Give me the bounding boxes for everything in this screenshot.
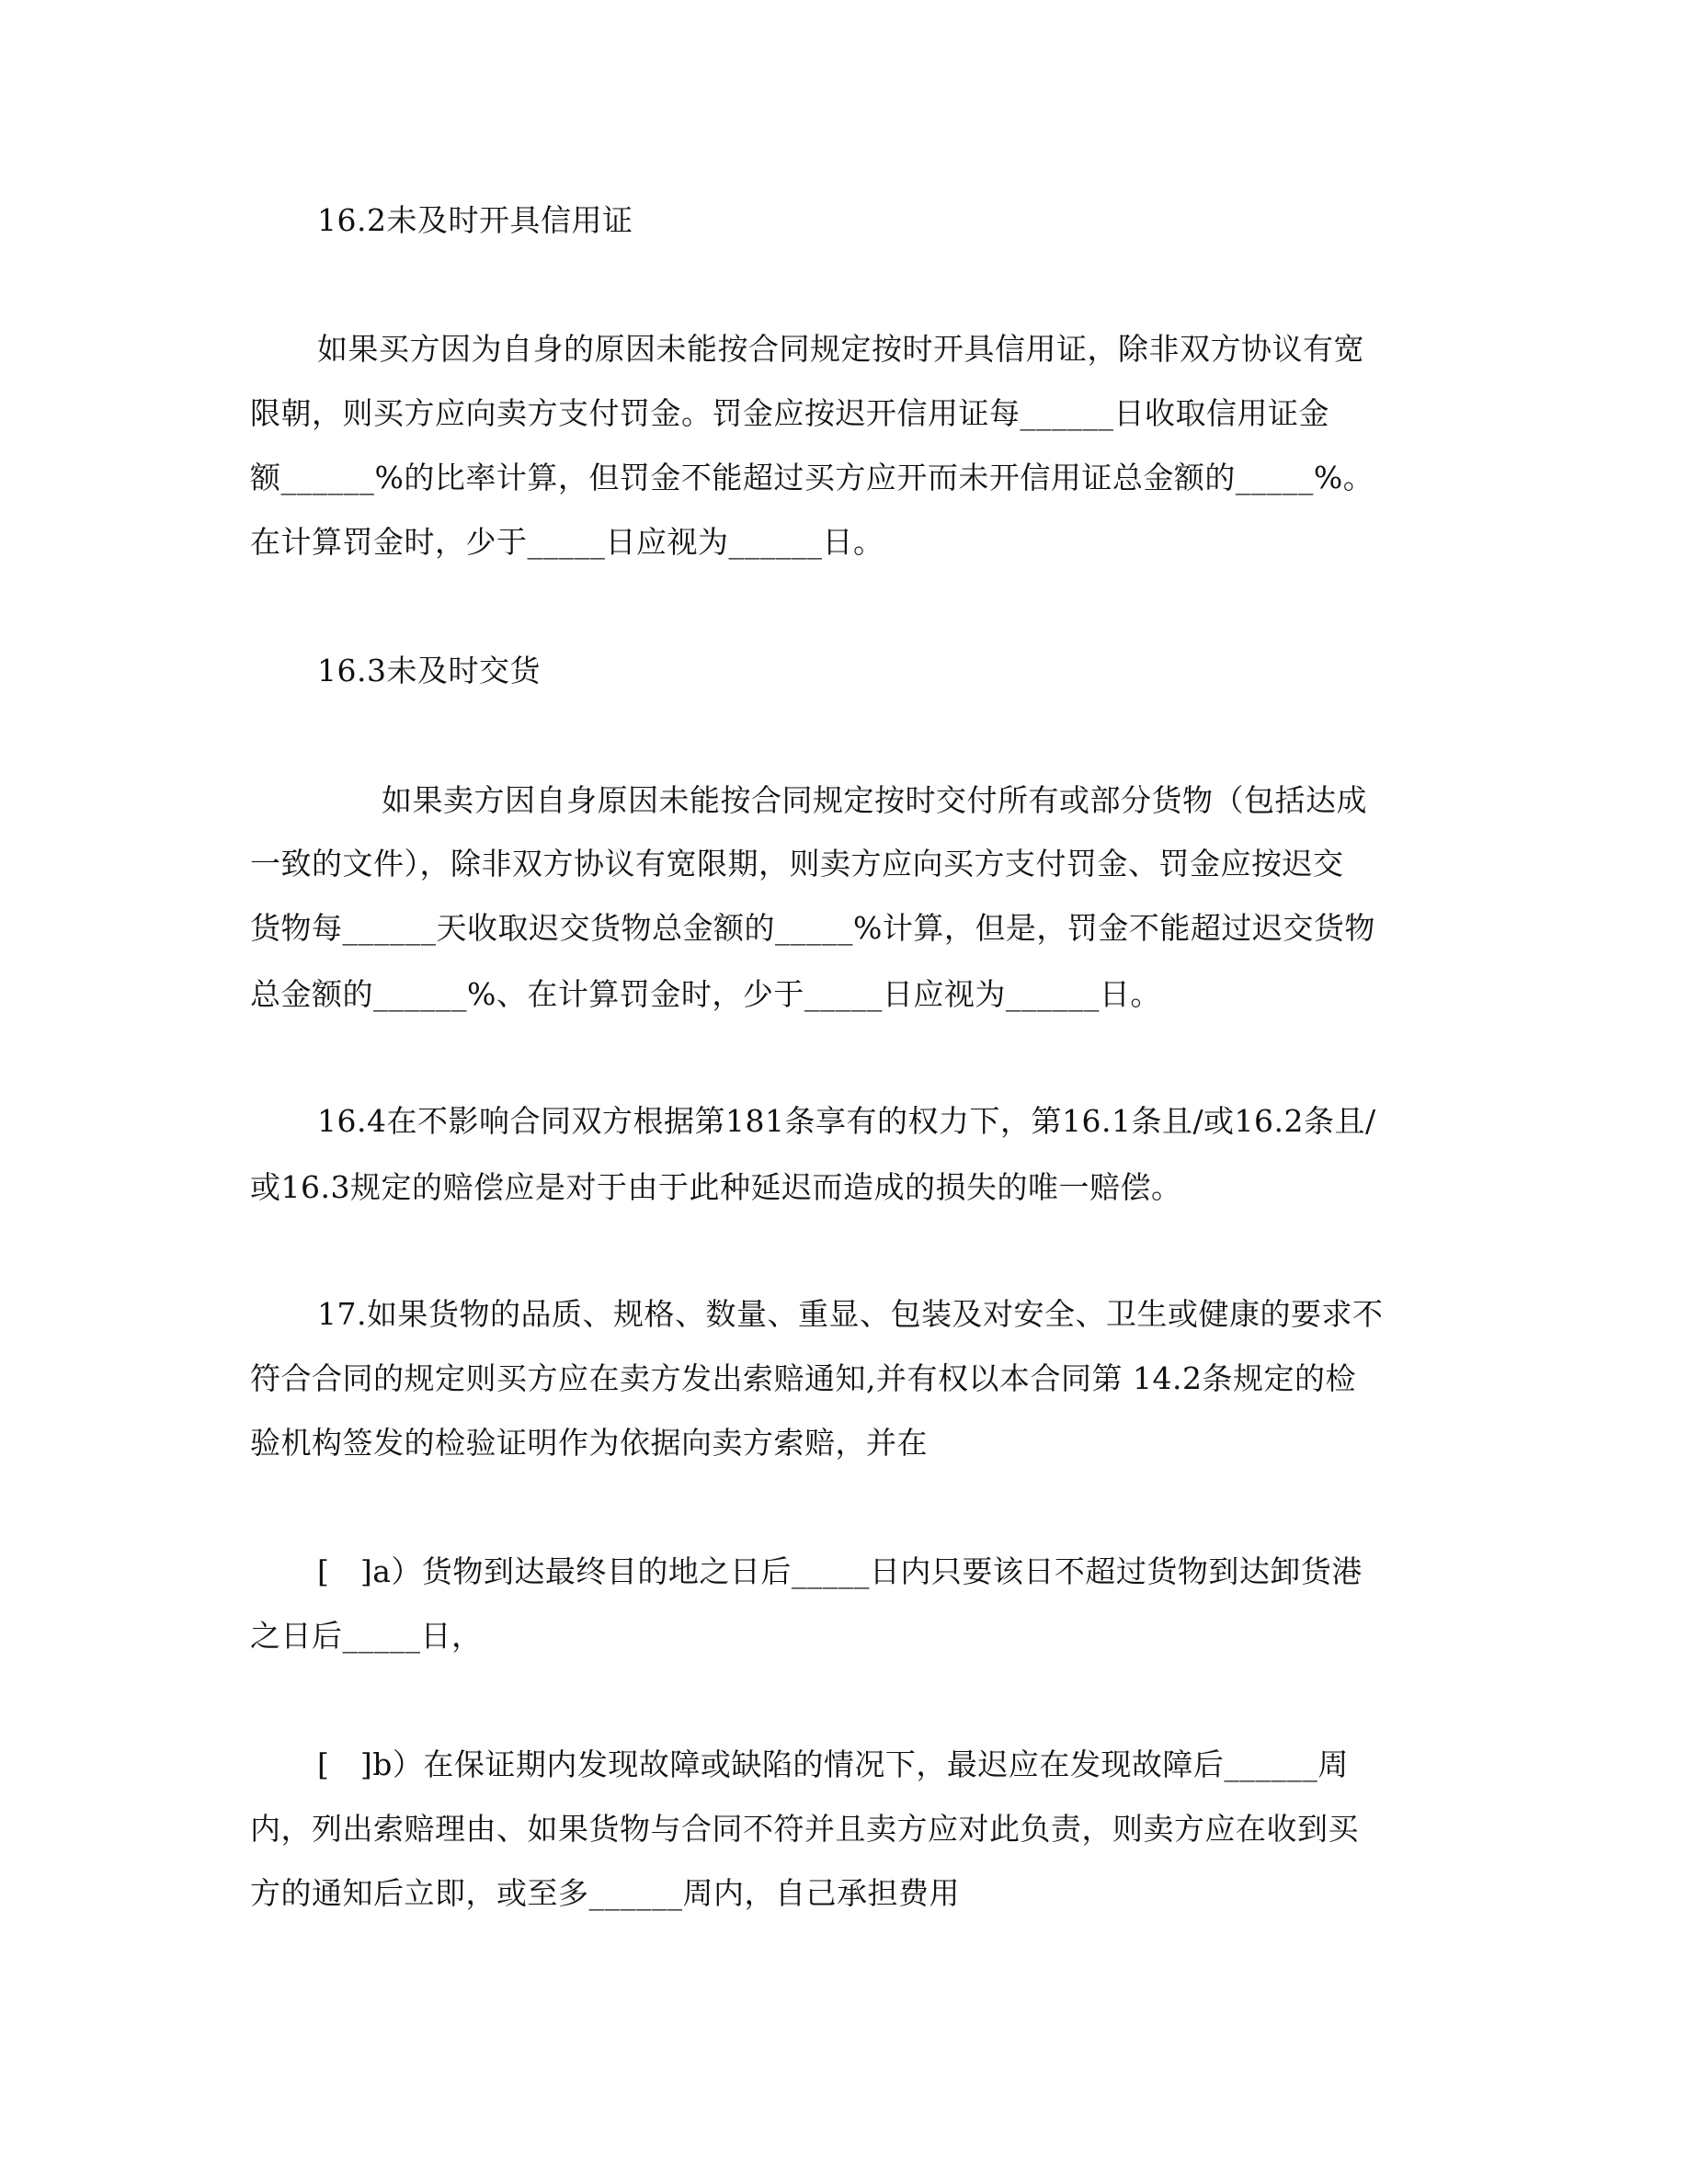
clause-17-line: 17.如果货物的品质、规格、数量、重显、包装及对安全、卫生或健康的要求不 bbox=[317, 1294, 1512, 1335]
paragraph-line: 总金额的______%、在计算罚金时，少于_____日应视为______日。 bbox=[250, 974, 1445, 1015]
section-heading-16-3: 16.3未及时交货 bbox=[317, 651, 1512, 691]
paragraph-line: 一致的文件），除非双方协议有宽限期，则卖方应向买方支付罚金、罚金应按迟交 bbox=[250, 844, 1445, 884]
paragraph-line: 货物每______天收取迟交货物总金额的_____%计算，但是，罚金不能超过迟交… bbox=[250, 908, 1445, 949]
option-a-line: [ ]a）货物到达最终目的地之日后_____日内只要该日不超过货物到达卸货港 bbox=[317, 1552, 1512, 1592]
document-page: 16.2未及时开具信用证 如果买方因为自身的原因未能按合同规定按时开具信用证，除… bbox=[0, 0, 1688, 2184]
paragraph-line: 额______%的比率计算，但罚金不能超过买方应开而未开信用证总金额的_____… bbox=[250, 458, 1445, 498]
clause-16-4-line: 16.4在不影响合同双方根据第181条享有的权力下，第16.1条且/或16.2条… bbox=[317, 1101, 1512, 1142]
paragraph-line: 如果买方因为自身的原因未能按合同规定按时开具信用证，除非双方协议有宽 bbox=[317, 329, 1512, 370]
clause-17-line: 符合合同的规定则买方应在卖方发出索赔通知,并有权以本合同第 14.2条规定的检 bbox=[250, 1359, 1445, 1399]
option-b-line: 方的通知后立即，或至多______周内，自己承担费用 bbox=[250, 1873, 1445, 1914]
paragraph-line: 限朝，则买方应向卖方支付罚金。罚金应按迟开信用证每______日收取信用证金 bbox=[250, 393, 1445, 434]
paragraph-line: 如果卖方因自身原因未能按合同规定按时交付所有或部分货物（包括达成 bbox=[382, 780, 1577, 821]
section-heading-16-2: 16.2未及时开具信用证 bbox=[317, 200, 1512, 241]
option-b-line: [ ]b）在保证期内发现故障或缺陷的情况下，最迟应在发现故障后______周 bbox=[317, 1745, 1512, 1785]
clause-16-4-line: 或16.3规定的赔偿应是对于由于此种延迟而造成的损失的唯一赔偿。 bbox=[250, 1167, 1445, 1208]
clause-17-line: 验机构签发的检验证明作为依据向卖方索赔，并在 bbox=[250, 1423, 1445, 1463]
paragraph-line: 在计算罚金时，少于_____日应视为______日。 bbox=[250, 522, 1445, 563]
option-a-line: 之日后_____日， bbox=[250, 1616, 1445, 1656]
option-b-line: 内，列出索赔理由、如果货物与合同不符并且卖方应对此负责，则卖方应在收到买 bbox=[250, 1809, 1445, 1849]
